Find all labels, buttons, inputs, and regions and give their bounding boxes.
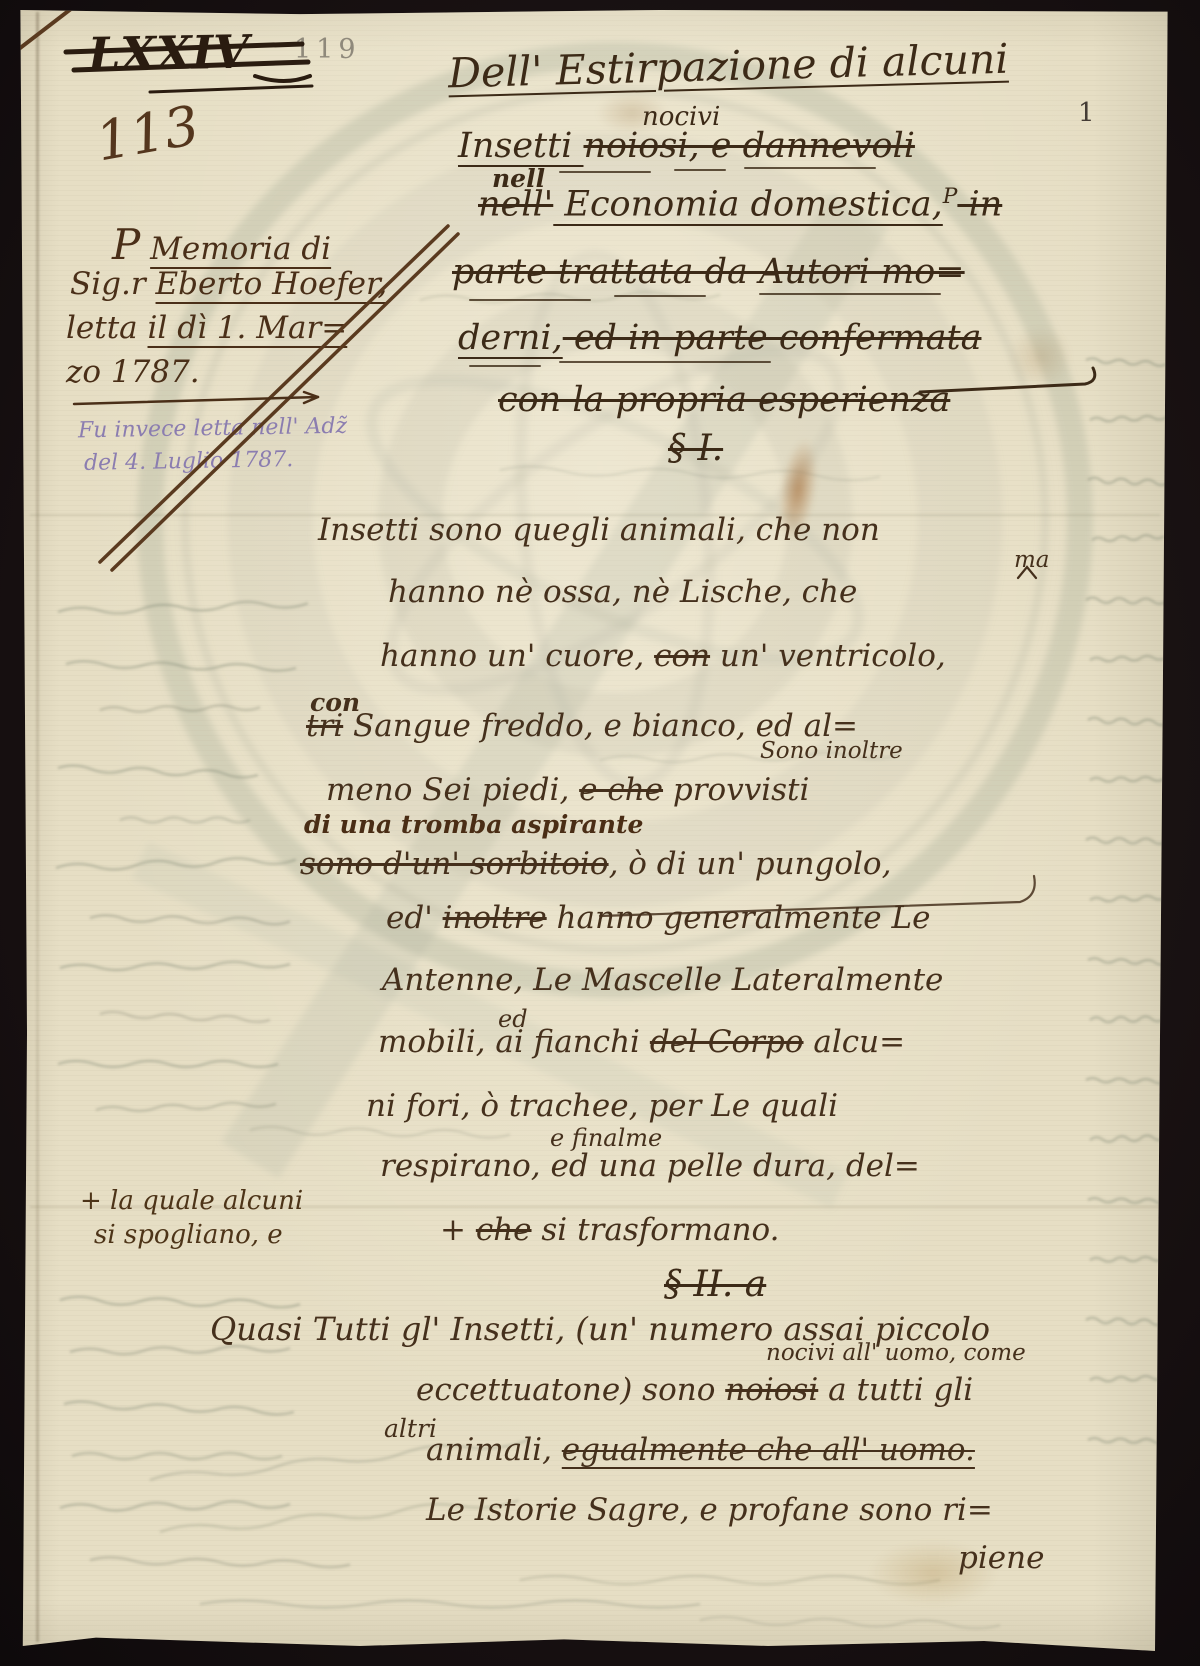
body-line: hanno un' cuore, con un' ventricolo, (380, 638, 946, 674)
left-fold-crease (36, 12, 39, 1642)
insertion-sono-inoltre: Sono inoltre (760, 738, 903, 764)
body-line: piene (958, 1540, 1044, 1576)
margin-heading-line: zo 1787. (66, 354, 200, 390)
insertion-tromba: di una tromba aspirante (304, 810, 643, 839)
margin-heading-line: letta il dì 1. Mar= (66, 310, 347, 346)
page-number: 1 (1078, 98, 1095, 128)
body-line: + che si trasformano. (440, 1212, 780, 1248)
body-line: Antenne, Le Mascelle Lateralmente (382, 962, 943, 998)
body-line: mobili, ai fianchi del Corpo alcu= (378, 1024, 905, 1060)
body-line: meno Sei piedi, e che provvisti (326, 772, 809, 808)
body-line: ni fori, ò trachee, per Le quali (366, 1088, 838, 1124)
body-line: eccettuatone) sono noiosi a tutti gli (416, 1372, 973, 1408)
body-line: sono d'un' sorbitoio, ò di un' pungolo, (300, 846, 891, 882)
manuscript-page: LXXIV 119 113 1 P Memoria di Sig.r Ebert… (0, 0, 1200, 1666)
margin-addition-line: si spogliano, e (94, 1220, 283, 1250)
section-mark-2: § II. a (664, 1264, 766, 1305)
title-line-6: con la propria esperienza (498, 380, 950, 420)
violet-note-line: del 4. Luglio 1787. (84, 447, 294, 476)
body-line: animali, egualmente che all' uomo. (426, 1432, 975, 1468)
archival-number-crossed: LXXIV (88, 25, 250, 82)
title-line-1: Dell' Estirpazione di alcuni (447, 35, 1009, 98)
section-mark-1: § I. (668, 428, 723, 469)
title-line-3: nell' Economia domestica,P in (478, 184, 1002, 225)
margin-heading-line: P Memoria di (112, 220, 331, 269)
body-line: Insetti sono quegli animali, che non (318, 512, 880, 548)
body-line: ed' inoltre hanno generalmente Le (386, 900, 930, 936)
body-line: Le Istorie Sagre, e profane sono ri= (426, 1492, 993, 1528)
ink-folio-number: 113 (91, 94, 203, 174)
title-line-2: Insetti noiosi, e dannevoli (458, 126, 915, 166)
ghost-handwriting-marks (56, 291, 1168, 1629)
body-line: hanno nè ossa, nè Lische, che (388, 574, 857, 610)
body-line: respirano, ed una pelle dura, del= (380, 1148, 920, 1184)
manuscript-scan: LXXIV 119 113 1 P Memoria di Sig.r Ebert… (0, 0, 1200, 1666)
stain (1008, 326, 1072, 388)
margin-heading-line: Sig.r Eberto Hoefer, (70, 266, 387, 302)
title-line-5: derni, ed in parte confermata (458, 318, 981, 358)
stamped-folio-number: 119 (294, 34, 361, 65)
insertion-ma: ma (1014, 547, 1050, 573)
title-line-4: parte trattata da Autori mo= (452, 252, 965, 292)
margin-addition-line: + la quale alcuni (80, 1186, 303, 1216)
violet-note-line: Fu invece letta nell' Adz̃ (78, 414, 348, 444)
insertion-nocivi-uomo: nocivi all' uomo, come (766, 1340, 1026, 1366)
